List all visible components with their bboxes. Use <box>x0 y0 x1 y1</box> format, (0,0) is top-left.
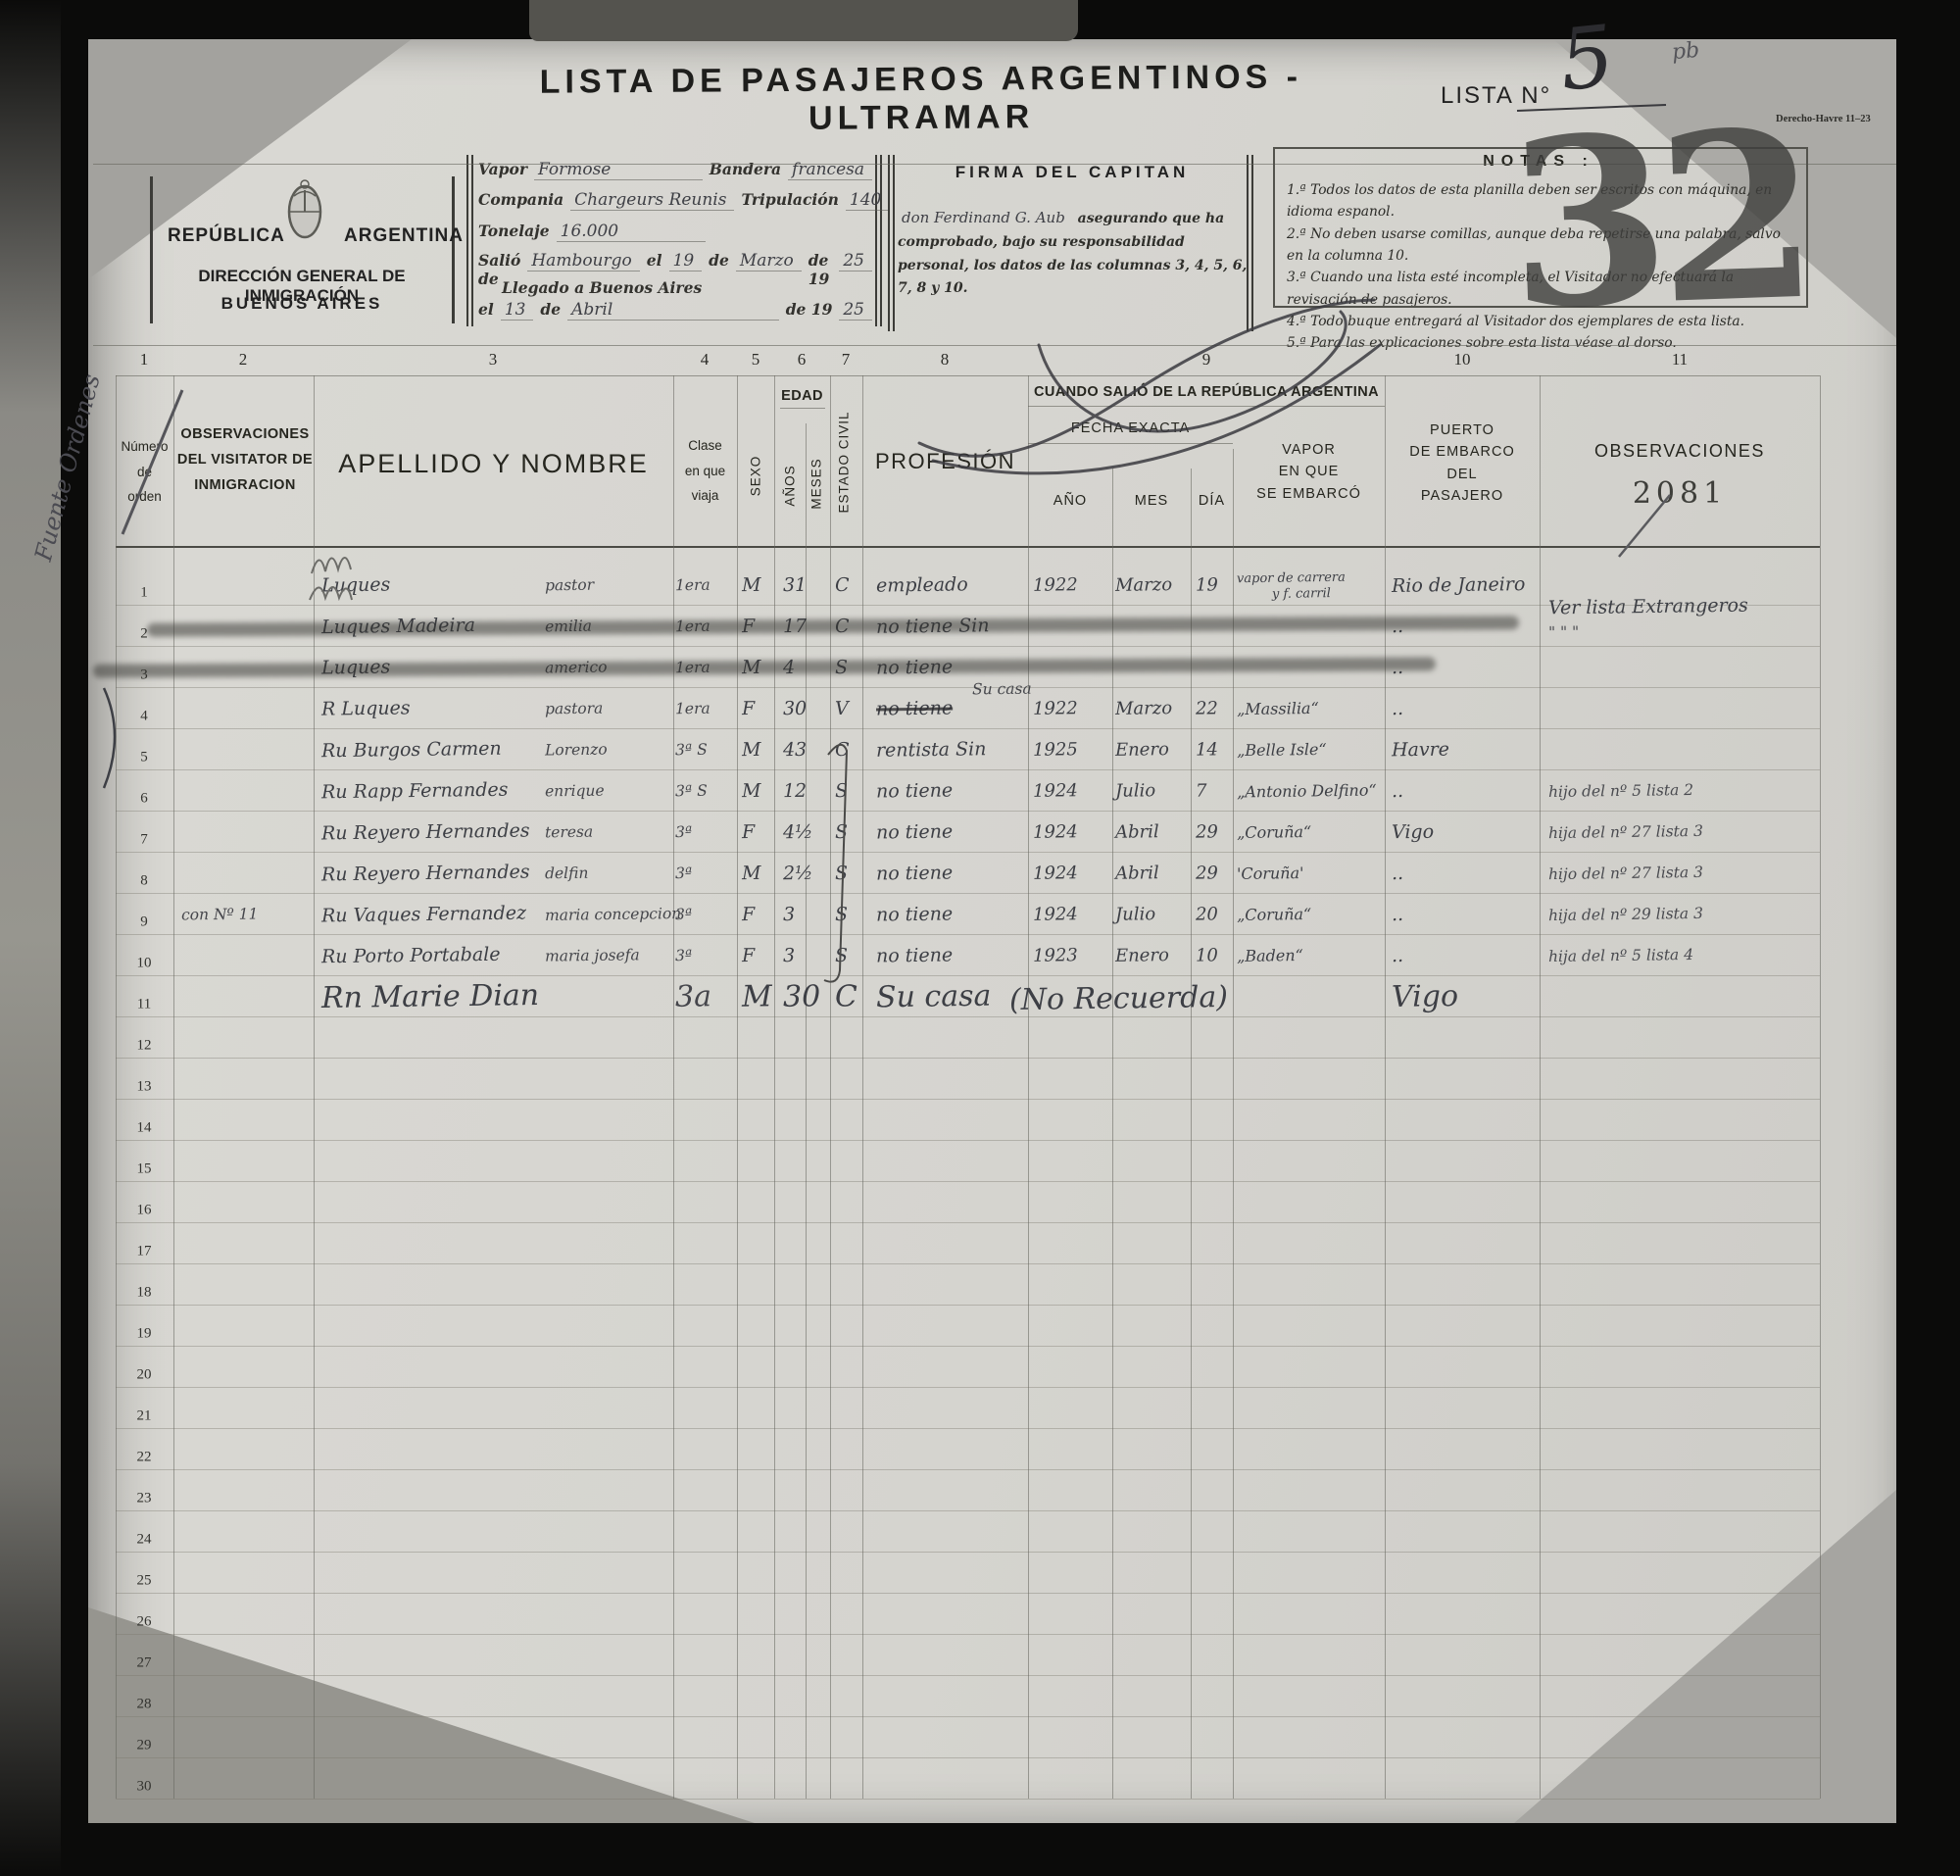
passenger-vapor: „Coruña“ <box>1237 905 1311 924</box>
table-row-line <box>116 1140 1820 1141</box>
ship-box-bar <box>471 155 473 326</box>
passenger-vapor: „Baden“ <box>1237 946 1303 965</box>
passenger-anio: 1924 <box>1033 821 1078 843</box>
table-row-line <box>116 1222 1820 1223</box>
passenger-mes: Julio <box>1115 904 1155 925</box>
table-row-line <box>116 1675 1820 1676</box>
tripulacion-label: Tripulación <box>741 190 838 209</box>
passenger-obs: Ver lista Extrangeros <box>1548 595 1748 619</box>
table-row-line <box>116 1263 1820 1264</box>
passenger-prof: no tiene <box>876 903 953 925</box>
passenger-mes: Abril <box>1115 863 1159 884</box>
ship-box-bar <box>875 155 877 326</box>
column-number: 8 <box>925 350 964 370</box>
scanned-passenger-list: LISTA DE PASAJEROS ARGENTINOS - ULTRAMAR… <box>0 0 1960 1876</box>
salio-anio-value: 25 <box>839 251 872 272</box>
apellido-header: APELLIDO Y NOMBRE <box>314 449 673 479</box>
passenger-mes: Marzo <box>1115 698 1172 719</box>
estado-header: ESTADO CIVIL <box>826 404 862 519</box>
passenger-estado: S <box>835 904 848 925</box>
table-row-line <box>116 1593 1820 1594</box>
anios-header-text: AÑOS <box>783 465 798 506</box>
column-number: 2 <box>223 350 263 370</box>
passenger-prof: rentista Sin <box>876 738 987 762</box>
row-number: 22 <box>124 1450 164 1466</box>
table-column-line <box>1028 375 1029 1799</box>
vapor-label: Vapor <box>478 160 527 178</box>
row-number: 24 <box>124 1532 164 1549</box>
profesion-header: PROFESIÓN <box>862 449 1028 474</box>
passenger-name: Ru Reyero Hernandes <box>321 820 530 845</box>
passenger-obs: " " " <box>1548 623 1579 641</box>
visitator-header-line: OBSERVACIONES <box>176 421 314 447</box>
puerto-header-line: PUERTO <box>1385 420 1540 441</box>
passenger-sexo: F <box>742 904 755 925</box>
passenger-puerto: Vigo <box>1392 821 1434 844</box>
passenger-estado: S <box>835 780 848 802</box>
passenger-clase: 3ª <box>675 864 692 882</box>
edad-underline <box>780 408 825 409</box>
numero-header: Númerodeorden <box>116 434 173 510</box>
passenger-name: Ru Rapp Fernandes <box>321 779 509 804</box>
column-number: 3 <box>473 350 513 370</box>
passenger-clase: 3a <box>675 979 711 1014</box>
passenger-sub: Lorenzo <box>545 741 608 760</box>
passenger-prof-correction: Su casa <box>972 680 1032 699</box>
passenger-estado: V <box>835 698 849 719</box>
table-column-line <box>774 375 775 1799</box>
table-row-line <box>116 1799 1820 1800</box>
table-row-line <box>116 934 1820 935</box>
table-row-line <box>116 769 1820 770</box>
llegado-mes-value: Abril <box>567 300 779 321</box>
row-number: 16 <box>124 1203 164 1219</box>
table-row-line <box>116 975 1820 976</box>
passenger-estado: C <box>835 979 857 1013</box>
ship-llegado-line: el 13 de Abril de 19 25 <box>478 300 872 321</box>
salio-mes-value: Marzo <box>736 251 802 272</box>
passenger-anio: 1923 <box>1033 945 1078 966</box>
passenger-name: Rn Marie Dian <box>321 978 540 1015</box>
estado-header-text: ESTADO CIVIL <box>837 411 852 513</box>
el-label: el <box>647 251 662 270</box>
passenger-name: Luques <box>321 574 391 597</box>
passenger-prof: no tiene <box>876 862 953 884</box>
ship-llegado-label-line: Llegado a Buenos Aires <box>502 278 896 297</box>
table-row-line <box>116 1346 1820 1347</box>
passenger-puerto: Havre <box>1392 739 1449 762</box>
passenger-clase: 3ª S <box>675 782 708 800</box>
captain-box-title: FIRMA DEL CAPITAN <box>898 163 1247 182</box>
passenger-obs: hija del nº 27 lista 3 <box>1548 822 1703 842</box>
org-city-line: BUENOS AIRES <box>150 294 454 314</box>
llegado-anio-value: 25 <box>839 300 872 321</box>
table-row-line <box>116 1757 1820 1758</box>
captain-box-bar <box>888 155 890 331</box>
column-number: 5 <box>736 350 775 370</box>
passenger-estado: S <box>835 945 848 966</box>
passenger-prof: no tiene <box>876 944 953 966</box>
anios-header: AÑOS <box>774 443 806 527</box>
org-country-left: REPÚBLICA <box>168 225 285 247</box>
passenger-vapor: vapor de carrera <box>1237 570 1346 587</box>
passenger-sexo: M <box>742 863 761 884</box>
passenger-name: Ru Porto Portabale <box>321 944 501 968</box>
row-number: 27 <box>124 1655 164 1672</box>
passenger-mes: Enero <box>1115 739 1169 761</box>
passenger-obs2: con Nº 11 <box>181 905 259 923</box>
table-row-line <box>116 1387 1820 1388</box>
ship-box-bar <box>880 155 882 326</box>
puerto-header: PUERTODE EMBARCODELPASAJERO <box>1385 420 1540 508</box>
de-label: de <box>709 251 729 270</box>
table-row-line <box>116 646 1820 647</box>
passenger-puerto: .. <box>1392 904 1403 925</box>
passenger-prof: empleado <box>876 573 968 596</box>
passenger-puerto: .. <box>1392 698 1403 719</box>
passenger-sexo: F <box>742 821 755 843</box>
row-number: 4 <box>124 709 164 725</box>
row-number: 15 <box>124 1161 164 1178</box>
row-number: 5 <box>124 750 164 766</box>
ship-box-bar <box>466 155 468 326</box>
passenger-anio: 1925 <box>1033 739 1078 761</box>
meses-header-text: MESES <box>809 458 824 509</box>
passenger-puerto: .. <box>1392 863 1403 884</box>
anio-header: AÑO <box>1028 490 1112 512</box>
llegado-dia-value: 13 <box>501 300 534 321</box>
passenger-vapor: „Coruña“ <box>1237 822 1311 842</box>
book-spine-edge <box>0 0 61 1876</box>
passenger-puerto: Vigo <box>1392 979 1458 1014</box>
passenger-dia: 7 <box>1196 780 1207 801</box>
passenger-obs: hija del nº 29 lista 3 <box>1548 905 1703 924</box>
table-column-line <box>1385 375 1386 1799</box>
cuando-header: CUANDO SALIÓ DE LA REPÚBLICA ARGENTINA <box>1028 384 1385 400</box>
column-number: 9 <box>1187 350 1226 370</box>
passenger-anio: 1924 <box>1033 904 1078 925</box>
passenger-vapor: 'Coruña' <box>1237 864 1304 883</box>
table-column-line <box>1820 375 1821 1799</box>
captain-box-bar <box>893 155 895 331</box>
large-number-stamp: 32 <box>1505 101 1810 341</box>
table-row-line <box>116 1058 1820 1059</box>
table-row-line <box>116 1469 1820 1470</box>
passenger-edad: 43 <box>783 739 807 761</box>
row-number: 28 <box>124 1697 164 1713</box>
salio-dia-value: 19 <box>669 251 703 272</box>
table-row-line <box>116 811 1820 812</box>
torn-paper-edge <box>529 0 1078 41</box>
passenger-sexo: M <box>742 739 761 761</box>
column-number: 6 <box>782 350 821 370</box>
passenger-puerto: .. <box>1392 780 1403 802</box>
passenger-dia: 14 <box>1196 739 1218 760</box>
clase-header-line: Clase <box>673 433 737 459</box>
puerto-header-line: DE EMBARCO <box>1385 441 1540 463</box>
row-number: 19 <box>124 1326 164 1343</box>
table-column-line <box>737 375 738 1799</box>
passenger-edad: 31 <box>783 574 807 596</box>
edad-header: EDAD <box>774 388 830 404</box>
passenger-vapor: „Antonio Delfino“ <box>1237 781 1377 802</box>
row-number: 25 <box>124 1573 164 1590</box>
table-column-line <box>830 375 831 1799</box>
passenger-mes: Abril <box>1115 821 1159 843</box>
vapor-header: VAPOREN QUESE EMBARCÓ <box>1233 439 1385 505</box>
row-number: 26 <box>124 1614 164 1631</box>
folio-header: 2081 <box>1540 476 1820 511</box>
dia-header: DÍA <box>1191 490 1233 512</box>
column-number: 4 <box>685 350 724 370</box>
passenger-sub: maria josefa <box>545 946 640 964</box>
passenger-edad: 30 <box>783 698 807 719</box>
passenger-sub: maria concepcion <box>545 905 681 924</box>
salio-puerto-value: Hambourgo <box>527 251 639 272</box>
passenger-clase: 1era <box>675 576 710 594</box>
passenger-sub: teresa <box>545 823 593 842</box>
captain-box-bar <box>1251 155 1253 331</box>
de-label: de <box>540 300 561 319</box>
passenger-sub: delfin <box>545 864 589 883</box>
passenger-dia: 19 <box>1196 574 1218 595</box>
vapor-header-line: EN QUE <box>1233 461 1385 482</box>
ship-compania-line: Compania Chargeurs Reunis Tripulación 14… <box>478 190 872 211</box>
passenger-obs: hija del nº 5 lista 4 <box>1548 946 1693 965</box>
passenger-anio: 1922 <box>1033 574 1078 596</box>
numero-header-line: orden <box>116 484 173 510</box>
table-row-line <box>116 1552 1820 1553</box>
passenger-puerto: Rio de Janeiro <box>1392 573 1526 597</box>
passenger-note: (No Recuerda) <box>1009 980 1228 1017</box>
table-subcolumn-line <box>1233 449 1234 1799</box>
column-number: 1 <box>124 350 164 370</box>
tonelaje-value: 16.000 <box>557 222 706 242</box>
tonelaje-label: Tonelaje <box>478 222 550 240</box>
table-column-line <box>1540 375 1541 1799</box>
bandera-label: Bandera <box>710 160 781 178</box>
passenger-clase: 3ª <box>675 906 692 923</box>
passenger-mes: Julio <box>1115 780 1155 802</box>
passenger-prof: no tiene <box>876 779 953 802</box>
passenger-mes: Enero <box>1115 945 1169 966</box>
table-row-line <box>116 1510 1820 1511</box>
passenger-anio: 1924 <box>1033 780 1078 802</box>
de19-label: de 19 <box>786 300 833 319</box>
passenger-edad: 3 <box>783 904 795 925</box>
passenger-vapor-line2: y f. carril <box>1272 586 1331 602</box>
passenger-vapor: „Belle Isle“ <box>1237 740 1327 760</box>
passenger-edad: 30 <box>783 979 821 1014</box>
compania-value: Chargeurs Reunis <box>570 190 734 211</box>
puerto-header-line: PASAJERO <box>1385 485 1540 507</box>
passenger-puerto: .. <box>1392 945 1403 966</box>
el-label: el <box>478 300 494 319</box>
row-number: 7 <box>124 832 164 849</box>
row-number: 6 <box>124 791 164 808</box>
passenger-clase: 1era <box>675 700 710 717</box>
passenger-mes: Marzo <box>1115 574 1172 596</box>
ship-tonelaje-line: Tonelaje 16.000 <box>478 222 872 242</box>
cuando-underline <box>1028 406 1385 407</box>
passenger-edad: 2½ <box>783 863 813 884</box>
passenger-name: Ru Burgos Carmen <box>321 738 502 763</box>
visitator-header-line: INMIGRACION <box>176 472 314 498</box>
passenger-sexo: M <box>742 780 761 802</box>
passenger-sexo: F <box>742 698 755 719</box>
corner-pencil-note: pb <box>1671 38 1700 65</box>
passenger-prof-struck: no tiene <box>876 697 953 719</box>
table-row-line <box>116 893 1820 894</box>
table-row-line <box>116 1305 1820 1306</box>
vapor-header-line: VAPOR <box>1233 439 1385 461</box>
table-row-line <box>116 1181 1820 1182</box>
passenger-estado: S <box>835 821 848 843</box>
passenger-dia: 10 <box>1196 945 1218 965</box>
sexo-header: SEXO <box>737 431 774 519</box>
passenger-anio: 1924 <box>1033 863 1078 884</box>
row-number: 13 <box>124 1079 164 1096</box>
list-number-handwritten: 5 <box>1555 7 1619 110</box>
passenger-sexo: F <box>742 945 755 966</box>
row-number: 17 <box>124 1244 164 1260</box>
fecha-underline <box>1028 443 1233 444</box>
column-number: 7 <box>826 350 865 370</box>
passenger-prof: no tiene <box>876 820 953 843</box>
passenger-name: Ru Vaques Fernandez <box>321 903 526 927</box>
table-row-line <box>116 1099 1820 1100</box>
table-column-line <box>173 375 174 1799</box>
numero-header-line: Número <box>116 434 173 460</box>
passenger-edad: 3 <box>783 945 795 966</box>
passenger-dia: 29 <box>1196 863 1218 883</box>
table-row-line <box>116 1428 1820 1429</box>
passenger-estado: C <box>835 574 850 596</box>
passenger-sexo: M <box>742 574 761 596</box>
table-column-line <box>673 375 674 1799</box>
passenger-edad: 4½ <box>783 821 813 843</box>
row-number: 11 <box>124 997 164 1013</box>
puerto-header-line: DEL <box>1385 464 1540 485</box>
row-number: 1 <box>124 585 164 602</box>
row-number: 10 <box>124 956 164 972</box>
passenger-clase: 3ª <box>675 823 692 841</box>
table-column-line <box>862 375 863 1799</box>
passenger-vapor: „Massilia“ <box>1237 699 1319 718</box>
row-number: 12 <box>124 1038 164 1055</box>
clase-header: Claseen queviaja <box>673 433 737 509</box>
passenger-sexo: M <box>742 979 772 1013</box>
passenger-name: Ru Reyero Hernandes <box>321 862 530 886</box>
fecha-header: FECHA EXACTA <box>1028 418 1233 439</box>
passenger-obs: hijo del nº 27 lista 3 <box>1548 864 1703 883</box>
mes-header: MES <box>1112 490 1191 512</box>
sexo-header-text: SEXO <box>749 455 763 496</box>
row-number: 23 <box>124 1491 164 1507</box>
passenger-clase: 3ª S <box>675 741 708 759</box>
passenger-dia: 20 <box>1196 904 1218 924</box>
llegado-label: Llegado a Buenos Aires <box>502 278 702 297</box>
vapor-header-line: SE EMBARCÓ <box>1233 483 1385 505</box>
header-bottom-rule <box>116 546 1820 548</box>
passenger-estado: S <box>835 863 848 884</box>
passenger-name: R Luques <box>321 697 411 719</box>
table-column-line <box>116 375 117 1799</box>
org-country-right: ARGENTINA <box>344 225 464 247</box>
compania-label: Compania <box>478 190 563 209</box>
row-number: 20 <box>124 1367 164 1384</box>
passenger-prof: Su casa <box>876 979 992 1015</box>
row-number: 8 <box>124 873 164 890</box>
captain-name-handwritten: don Ferdinand G. Aub <box>898 209 1073 226</box>
passenger-sub: enrique <box>545 782 605 801</box>
passenger-dia: 29 <box>1196 821 1218 842</box>
column-number: 10 <box>1443 350 1482 370</box>
table-row-line <box>116 1634 1820 1635</box>
row-number: 18 <box>124 1285 164 1302</box>
clase-header-line: viaja <box>673 483 737 509</box>
passenger-anio: 1922 <box>1033 698 1078 719</box>
visitator-header: OBSERVACIONESDEL VISITATOR DEINMIGRACION <box>176 421 314 498</box>
tripulacion-value: 140 <box>846 190 889 211</box>
passenger-obs: hijo del nº 5 lista 2 <box>1548 781 1693 801</box>
row-number: 30 <box>124 1779 164 1796</box>
row-number: 14 <box>124 1120 164 1137</box>
passenger-clase: 3ª <box>675 947 692 964</box>
colnum-bottom-rule <box>116 375 1820 376</box>
numero-header-line: de <box>116 460 173 485</box>
table-row-line <box>116 728 1820 729</box>
visitator-header-line: DEL VISITATOR DE <box>176 447 314 472</box>
coat-of-arms-icon <box>282 176 327 245</box>
table-row-line <box>116 687 1820 688</box>
page-title: LISTA DE PASAJEROS ARGENTINOS - ULTRAMAR <box>431 58 1412 141</box>
table-row-line <box>116 1716 1820 1717</box>
table-column-line <box>314 375 315 1799</box>
row-number: 9 <box>124 914 164 931</box>
passenger-estado: C <box>835 739 850 761</box>
row-number: 29 <box>124 1738 164 1754</box>
clase-header-line: en que <box>673 459 737 484</box>
captain-statement: don Ferdinand G. Aub asegurando que ha c… <box>898 206 1249 301</box>
passenger-edad: 12 <box>783 780 807 802</box>
passenger-sub: pastor <box>545 576 594 595</box>
passenger-dia: 22 <box>1196 698 1218 718</box>
table-row-line <box>116 1016 1820 1017</box>
passenger-sub: pastora <box>545 700 604 718</box>
table-row-line <box>116 852 1820 853</box>
observaciones-header: OBSERVACIONES <box>1540 441 1820 462</box>
row-number: 21 <box>124 1408 164 1425</box>
